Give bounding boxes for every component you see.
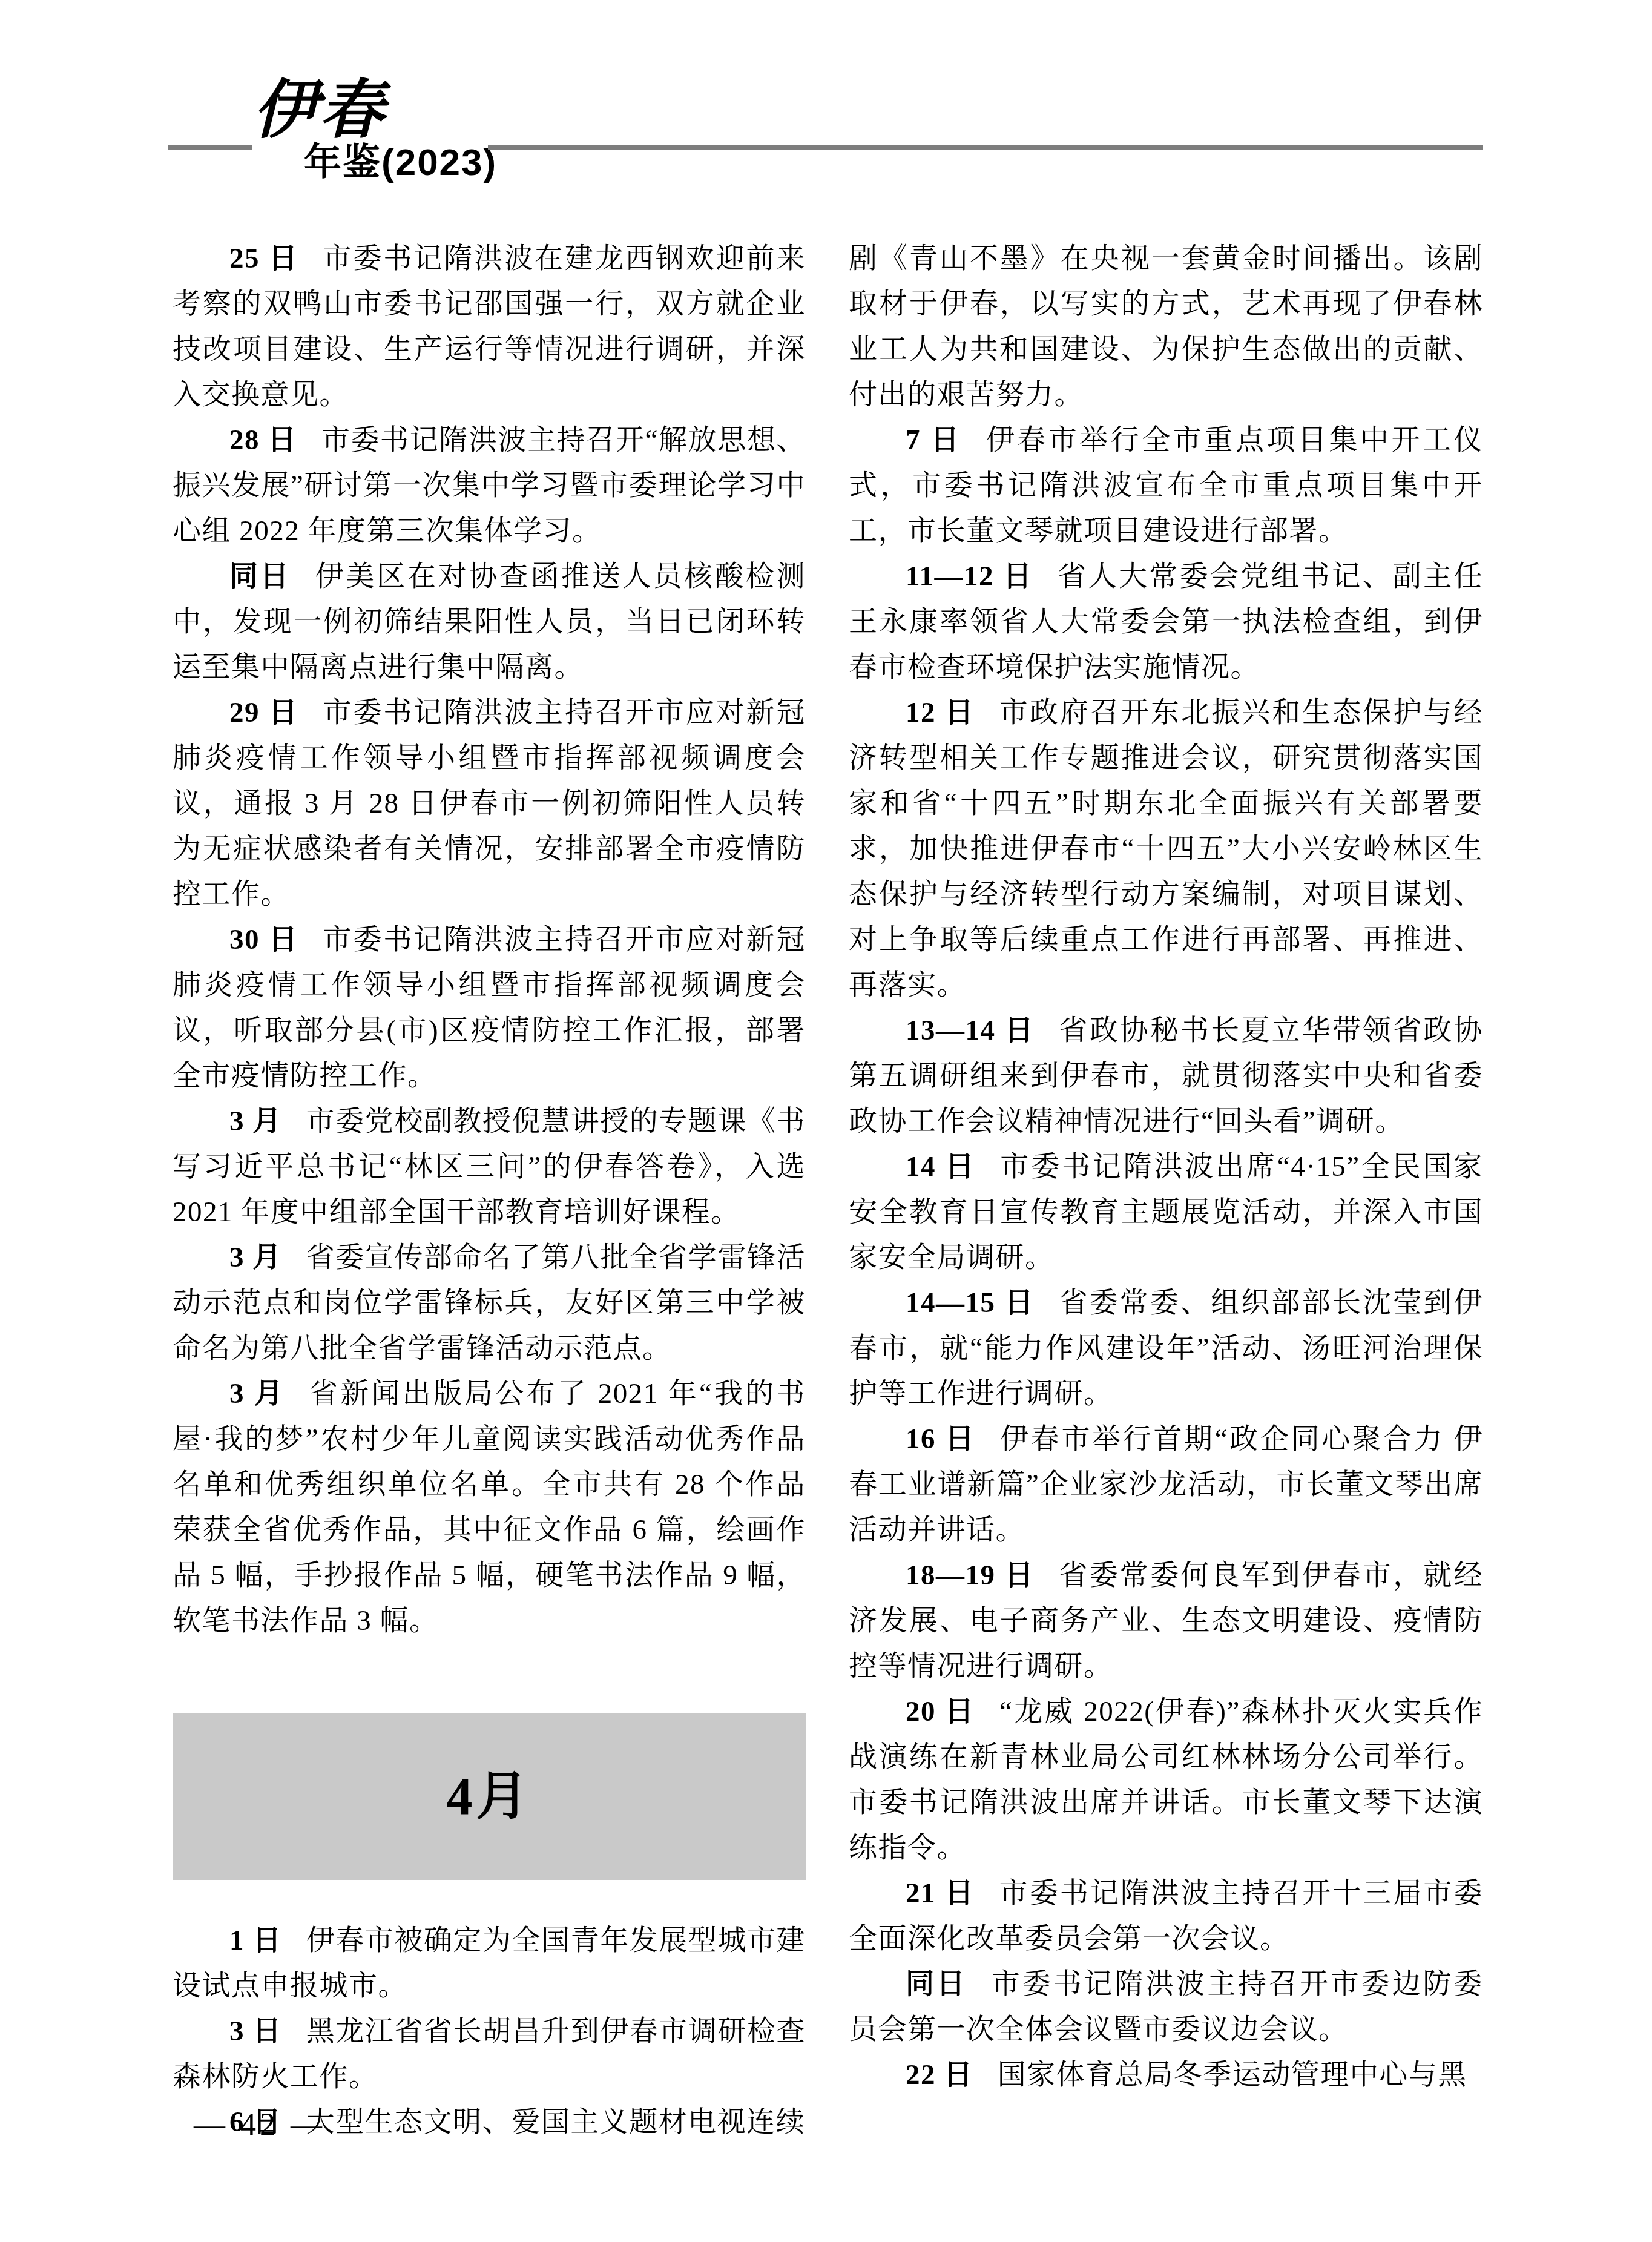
entry-date: 22 日 — [906, 2059, 973, 2091]
entry-date: 28 日 — [229, 424, 297, 456]
entry-text: 市委书记隋洪波主持召开市应对新冠肺炎疫情工作领导小组暨市指挥部视频调度会议，通报… — [173, 697, 806, 910]
entry-date: 12 日 — [906, 697, 975, 728]
entry-text: 国家体育总局冬季运动管理中心与黑 — [998, 2059, 1467, 2091]
entry-date: 30 日 — [229, 924, 299, 955]
brand-logo: 伊春 — [253, 77, 386, 142]
entry-date: 3 月 — [229, 1242, 282, 1273]
month-section-heading: 4月 — [173, 1713, 806, 1880]
left-column: 25 日市委书记隋洪波在建龙西钢欢迎前来考察的双鸭山市委书记邵国强一行，双方就企… — [173, 236, 806, 2145]
header-rule-left — [168, 145, 252, 150]
entry-date: 3 月 — [229, 1378, 285, 1409]
chronicle-entry: 同日市委书记隋洪波主持召开市委边防委员会第一次全体会议暨市委议边会议。 — [849, 1962, 1483, 2052]
entry-date: 3 日 — [229, 2016, 282, 2047]
entry-date: 1 日 — [229, 1925, 282, 1956]
entry-date: 同日 — [906, 1968, 967, 2000]
chronicle-entry: 11—12 日省人大常委会党组书记、副主任王永康率领省人大常委会第一执法检查组，… — [849, 554, 1483, 690]
entry-date: 18—19 日 — [906, 1560, 1035, 1591]
entry-date: 20 日 — [906, 1696, 975, 1727]
right-column: 剧《青山不墨》在央视一套黄金时间播出。该剧取材于伊春，以写实的方式，艺术再现了伊… — [849, 236, 1483, 2098]
chronicle-entry: 3 月省委宣传部命名了第八批全省学雷锋活动示范点和岗位学雷锋标兵，友好区第三中学… — [173, 1235, 806, 1371]
chronicle-entry: 14 日市委书记隋洪波出席“4·15”全民国家安全教育日宣传教育主题展览活动，并… — [849, 1144, 1483, 1281]
entry-date: 14—15 日 — [906, 1287, 1035, 1319]
chronicle-entry: 21 日市委书记隋洪波主持召开十三届市委全面深化改革委员会第一次会议。 — [849, 1871, 1483, 1962]
entry-text: 大型生态文明、爱国主义题材电视连续 — [306, 2106, 806, 2138]
entry-date: 同日 — [229, 561, 291, 592]
chronicle-entry: 3 日黑龙江省省长胡昌升到伊春市调研检查森林防火工作。 — [173, 2009, 806, 2100]
entry-date: 29 日 — [229, 697, 299, 728]
entry-date: 3 月 — [229, 1106, 282, 1137]
entry-date: 13—14 日 — [906, 1015, 1035, 1046]
entry-text: 市政府召开东北振兴和生态保护与经济转型相关工作专题推进会议，研究贯彻落实国家和省… — [849, 697, 1483, 1001]
entry-date: 21 日 — [906, 1878, 975, 1909]
chronicle-entry: 1 日伊春市被确定为全国青年发展型城市建设试点申报城市。 — [173, 1918, 806, 2009]
entry-text: 剧《青山不墨》在央视一套黄金时间播出。该剧取材于伊春，以写实的方式，艺术再现了伊… — [849, 243, 1483, 410]
chronicle-entry: 13—14 日省政协秘书长夏立华带领省政协第五调研组来到伊春市，就贯彻落实中央和… — [849, 1008, 1483, 1144]
chronicle-entry: 29 日市委书记隋洪波主持召开市应对新冠肺炎疫情工作领导小组暨市指挥部视频调度会… — [173, 690, 806, 917]
yearbook-page: 伊春 年鉴(2023) 25 日市委书记隋洪波在建龙西钢欢迎前来考察的双鸭山市委… — [0, 0, 1652, 2242]
entry-text: 省新闻出版局公布了 2021 年“我的书屋·我的梦”农村少年儿童阅读实践活动优秀… — [173, 1378, 806, 1637]
chronicle-entry: 7 日伊春市举行全市重点项目集中开工仪式，市委书记隋洪波宣布全市重点项目集中开工… — [849, 418, 1483, 554]
entry-date: 25 日 — [229, 243, 299, 274]
entry-date: 11—12 日 — [906, 561, 1033, 592]
chronicle-entry: 20 日“龙威 2022(伊春)”森林扑灭火实兵作战演练在新青林业局公司红林林场… — [849, 1689, 1483, 1871]
chronicle-entry: 同日伊美区在对协查函推送人员核酸检测中，发现一例初筛结果阳性人员，当日已闭环转运… — [173, 554, 806, 690]
month-label: 4月 — [447, 1774, 532, 1819]
entry-date: 16 日 — [906, 1423, 976, 1455]
chronicle-entry: 18—19 日省委常委何良军到伊春市，就经济发展、电子商务产业、生态文明建设、疫… — [849, 1553, 1483, 1689]
chronicle-entry: 12 日市政府召开东北振兴和生态保护与经济转型相关工作专题推进会议，研究贯彻落实… — [849, 690, 1483, 1008]
page-number: — 42 — — [194, 2107, 326, 2143]
chronicle-entry: 28 日市委书记隋洪波主持召开“解放思想、振兴发展”研讨第一次集中学习暨市委理论… — [173, 418, 806, 554]
chronicle-entry: 14—15 日省委常委、组织部部长沈莹到伊春市，就“能力作风建设年”活动、汤旺河… — [849, 1281, 1483, 1417]
header-rule-right — [488, 145, 1483, 150]
entry-date: 7 日 — [906, 424, 962, 456]
chronicle-entry: 3 月市委党校副教授倪慧讲授的专题课《书写习近平总书记“林区三问”的伊春答卷》，… — [173, 1099, 806, 1235]
chronicle-entry: 22 日国家体育总局冬季运动管理中心与黑 — [849, 2052, 1483, 2098]
brand-subtitle: 年鉴(2023) — [304, 144, 505, 182]
chronicle-entry: 25 日市委书记隋洪波在建龙西钢欢迎前来考察的双鸭山市委书记邵国强一行，双方就企… — [173, 236, 806, 418]
entry-date: 14 日 — [906, 1151, 976, 1182]
chronicle-entry: 3 月省新闻出版局公布了 2021 年“我的书屋·我的梦”农村少年儿童阅读实践活… — [173, 1371, 806, 1644]
chronicle-entry: 30 日市委书记隋洪波主持召开市应对新冠肺炎疫情工作领导小组暨市指挥部视频调度会… — [173, 917, 806, 1099]
chronicle-entry-continuation: 剧《青山不墨》在央视一套黄金时间播出。该剧取材于伊春，以写实的方式，艺术再现了伊… — [849, 236, 1483, 418]
chronicle-entry: 16 日伊春市举行首期“政企同心聚合力 伊春工业谱新篇”企业家沙龙活动，市长董文… — [849, 1417, 1483, 1553]
